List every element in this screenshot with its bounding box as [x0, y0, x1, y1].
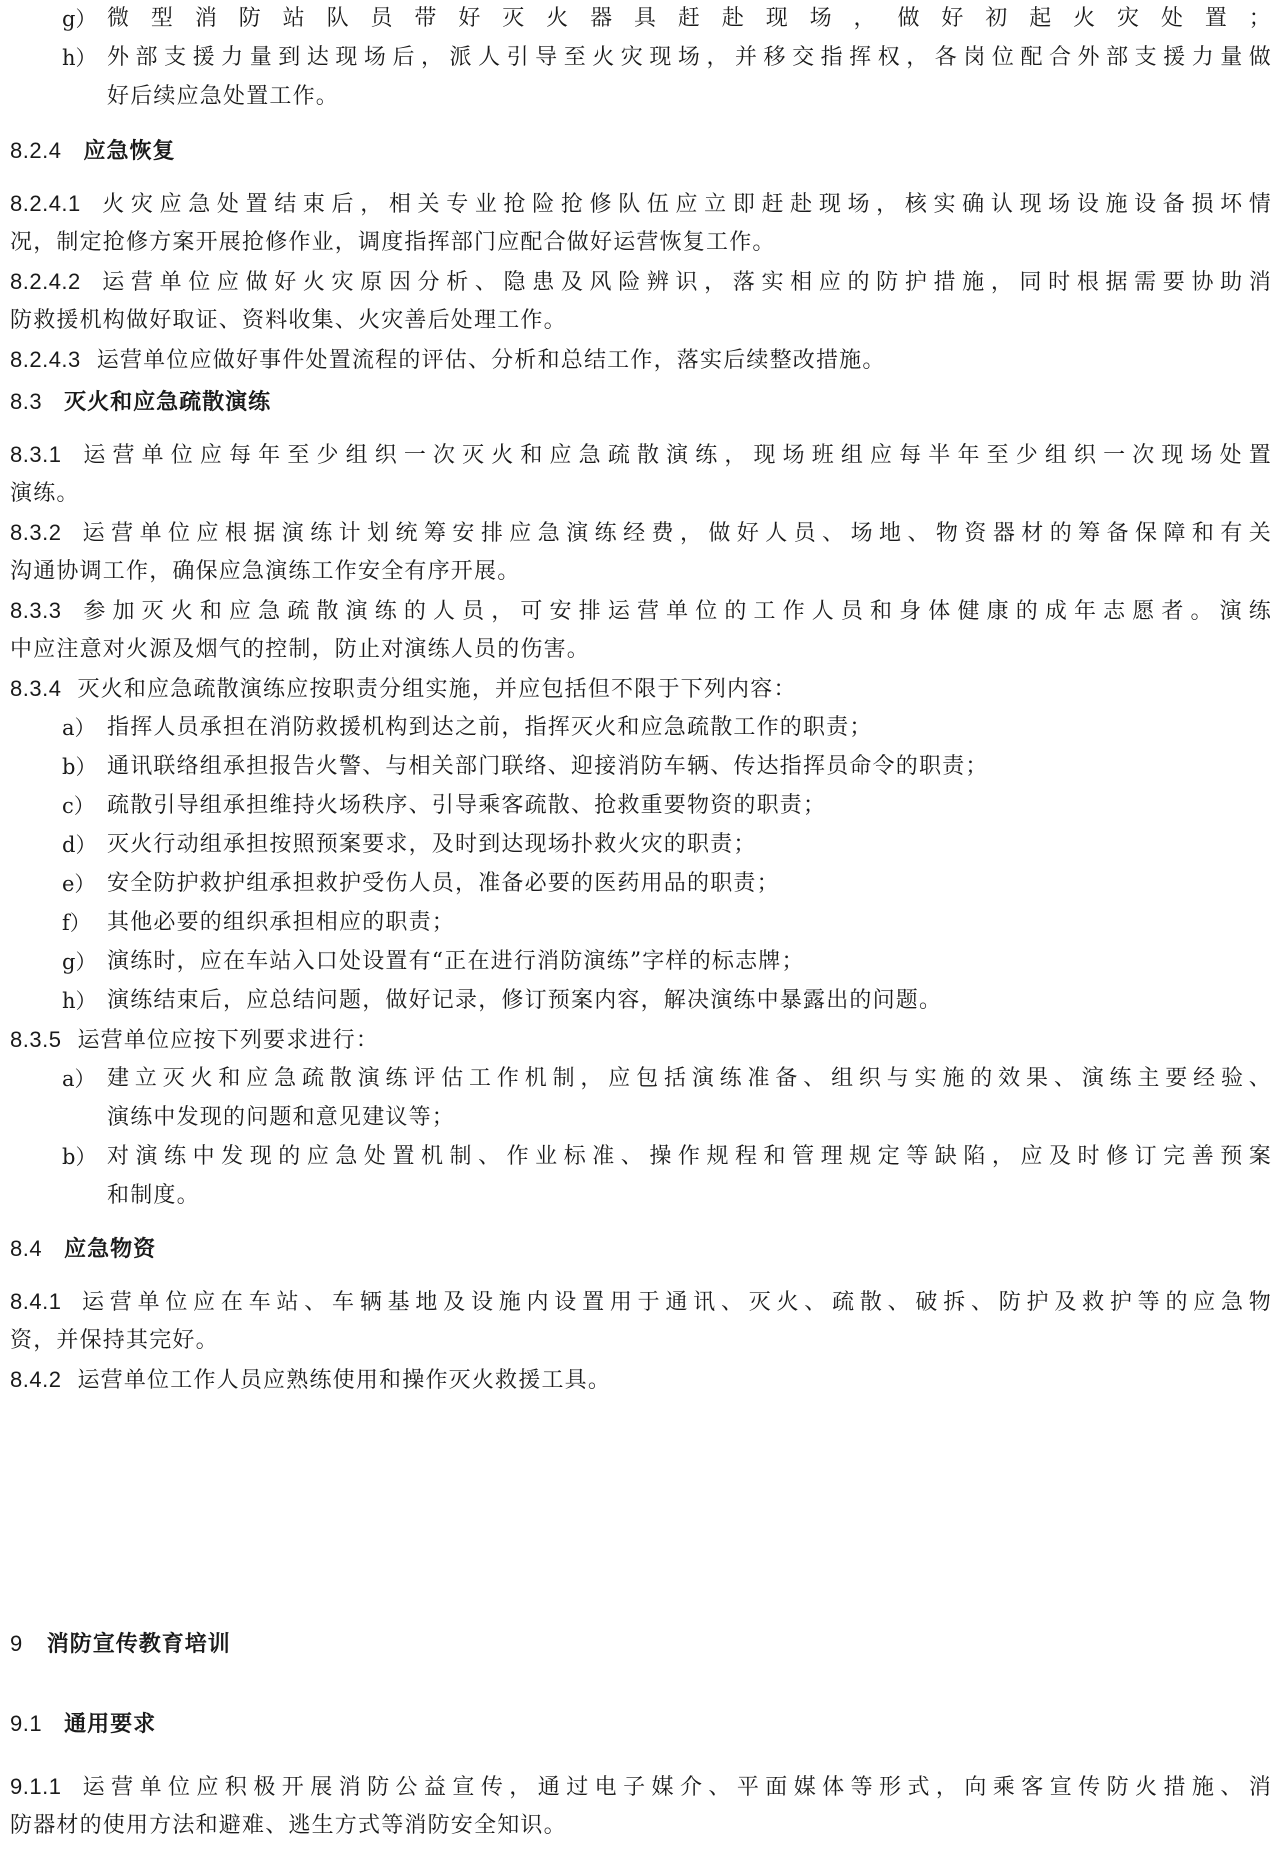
- clause-number: 8.3.3: [10, 597, 61, 625]
- chapter-heading-9: 9消防宣传教育培训: [10, 1630, 1272, 1659]
- section-heading-9-1: 9.1通用要求: [10, 1710, 1272, 1739]
- list-item-text: 外部支援力量到达现场后，派人引导至火灾现场，并移交指挥权，各岗位配合外部支援力量…: [107, 44, 1272, 72]
- clause-number: 8.3.5: [10, 1026, 61, 1054]
- list-item-text: 灭火行动组承担按照预案要求，及时到达现场扑救火灾的职责；: [107, 831, 1272, 859]
- list-item-text: 对演练中发现的应急处置机制、作业标准、操作规程和管理规定等缺陷，应及时修订完善预…: [107, 1143, 1272, 1171]
- clause-number: 8.3.4: [10, 675, 61, 703]
- section-title: 通用要求: [64, 1712, 156, 1737]
- clause-number: 8.2.4.2: [10, 268, 81, 296]
- clause-text-cont: 中应注意对火源及烟气的控制，防止对演练人员的伤害。: [10, 636, 1272, 664]
- list-item-text: 建立灭火和应急疏散演练评估工作机制，应包括演练准备、组织与实施的效果、演练主要经…: [107, 1065, 1272, 1093]
- list-label: b）: [62, 753, 96, 781]
- list-label: h）: [62, 987, 97, 1015]
- clause-text-cont: 防救援机构做好取证、资料收集、火灾善后处理工作。: [10, 307, 1272, 335]
- list-item-text: 指挥人员承担在消防救援机构到达之前，指挥灭火和应急疏散工作的职责；: [107, 714, 1272, 742]
- clause-number: 8.3.2: [10, 519, 61, 547]
- clause-number: 8.2.4.1: [10, 190, 81, 218]
- list-item-text: 安全防护救护组承担救护受伤人员，准备必要的医药用品的职责；: [107, 870, 1272, 898]
- list-label: a）: [62, 1065, 96, 1093]
- clause-8-4-1: 8.4.1运营单位应在车站、车辆基地及设施内设置用于通讯、灭火、疏散、破拆、防护…: [10, 1288, 1272, 1317]
- clause-8-3-2: 8.3.2运营单位应根据演练计划统筹安排应急演练经费，做好人员、场地、物资器材的…: [10, 519, 1272, 548]
- list-label: f）: [62, 909, 91, 937]
- section-heading-8-4: 8.4应急物资: [10, 1235, 1272, 1264]
- list-item-text: 其他必要的组织承担相应的职责；: [107, 909, 1272, 937]
- list-item-text: 通讯联络组承担报告火警、与相关部门联络、迎接消防车辆、传达指挥员命令的职责；: [107, 753, 1272, 781]
- list-item-text-cont: 好后续应急处置工作。: [107, 83, 1272, 111]
- clause-text-cont: 资，并保持其完好。: [10, 1327, 1272, 1355]
- chapter-title: 消防宣传教育培训: [47, 1632, 231, 1657]
- clause-text: 运营单位应根据演练计划统筹安排应急演练经费，做好人员、场地、物资器材的筹备保障和…: [77, 521, 1272, 546]
- clause-8-2-4-2: 8.2.4.2运营单位应做好火灾原因分析、隐患及风险辨识，落实相应的防护措施，同…: [10, 268, 1272, 297]
- list-label: c）: [62, 792, 95, 820]
- list-label: d）: [62, 831, 96, 859]
- section-heading-8-2-4: 8.2.4应急恢复: [10, 137, 1272, 166]
- clause-text: 运营单位应积极开展消防公益宣传，通过电子媒介、平面媒体等形式，向乘客宣传防火措施…: [77, 1775, 1272, 1800]
- list-label: g）: [62, 948, 96, 976]
- clause-text-cont: 演练。: [10, 480, 1272, 508]
- clause-text: 运营单位应按下列要求进行：: [77, 1028, 379, 1053]
- list-item-text-cont: 和制度。: [107, 1182, 1272, 1210]
- clause-8-2-4-1: 8.2.4.1火灾应急处置结束后，相关专业抢险抢修队伍应立即赶赴现场，核实确认现…: [10, 190, 1272, 219]
- list-label: e）: [62, 870, 95, 898]
- section-number: 8.4: [10, 1235, 42, 1263]
- clause-text: 火灾应急处置结束后，相关专业抢险抢修队伍应立即赶赴现场，核实确认现场设施设备损坏…: [97, 192, 1272, 217]
- clause-number: 9.1.1: [10, 1773, 61, 1801]
- clause-number: 8.4.1: [10, 1288, 61, 1316]
- list-item-text: 微型消防站队员带好灭火器具赶赴现场，做好初起火灾处置；: [107, 5, 1272, 33]
- clause-8-3-3: 8.3.3参加灭火和应急疏散演练的人员，可安排运营单位的工作人员和身体健康的成年…: [10, 597, 1272, 626]
- clause-8-3-1: 8.3.1运营单位应每年至少组织一次灭火和应急疏散演练，现场班组应每半年至少组织…: [10, 441, 1272, 470]
- list-label: g）: [62, 5, 96, 33]
- clause-text: 运营单位应做好事件处置流程的评估、分析和总结工作，落实后续整改措施。: [97, 348, 886, 373]
- section-title: 应急恢复: [83, 139, 175, 164]
- list-item-text-cont: 演练中发现的问题和意见建议等；: [107, 1104, 1272, 1132]
- list-label: b）: [62, 1143, 96, 1171]
- list-label: h）: [62, 44, 97, 72]
- clause-8-4-2: 8.4.2运营单位工作人员应熟练使用和操作灭火救援工具。: [10, 1366, 1272, 1395]
- section-title: 灭火和应急疏散演练: [64, 390, 271, 415]
- clause-text: 运营单位工作人员应熟练使用和操作灭火救援工具。: [77, 1368, 611, 1393]
- list-item-text: 疏散引导组承担维持火场秩序、引导乘客疏散、抢救重要物资的职责；: [107, 792, 1272, 820]
- clause-text-cont: 况，制定抢修方案开展抢修作业，调度指挥部门应配合做好运营恢复工作。: [10, 229, 1272, 257]
- section-heading-8-3: 8.3灭火和应急疏散演练: [10, 388, 1272, 417]
- clause-number: 8.3.1: [10, 441, 61, 469]
- clause-9-1-1: 9.1.1运营单位应积极开展消防公益宣传，通过电子媒介、平面媒体等形式，向乘客宣…: [10, 1773, 1272, 1802]
- clause-text: 运营单位应每年至少组织一次灭火和应急疏散演练，现场班组应每半年至少组织一次现场处…: [77, 443, 1272, 468]
- section-number: 8.2.4: [10, 137, 61, 165]
- clause-number: 8.2.4.3: [10, 346, 81, 374]
- section-number: 9.1: [10, 1710, 42, 1738]
- document-page: g） 微型消防站队员带好灭火器具赶赴现场，做好初起火灾处置； h） 外部支援力量…: [0, 0, 1280, 1851]
- clause-text-cont: 沟通协调工作，确保应急演练工作安全有序开展。: [10, 558, 1272, 586]
- clause-text: 参加灭火和应急疏散演练的人员，可安排运营单位的工作人员和身体健康的成年志愿者。演…: [77, 599, 1272, 624]
- clause-text: 运营单位应做好火灾原因分析、隐患及风险辨识，落实相应的防护措施，同时根据需要协助…: [97, 270, 1272, 295]
- clause-text: 灭火和应急疏散演练应按职责分组实施，并应包括但不限于下列内容：: [77, 677, 796, 702]
- clause-8-3-5: 8.3.5运营单位应按下列要求进行：: [10, 1026, 1272, 1055]
- section-title: 应急物资: [64, 1237, 156, 1262]
- section-number: 8.3: [10, 388, 42, 416]
- clause-8-3-4: 8.3.4灭火和应急疏散演练应按职责分组实施，并应包括但不限于下列内容：: [10, 675, 1272, 704]
- chapter-number: 9: [10, 1630, 23, 1658]
- clause-text: 运营单位应在车站、车辆基地及设施内设置用于通讯、灭火、疏散、破拆、防护及救护等的…: [77, 1290, 1272, 1315]
- list-item-text: 演练结束后，应总结问题，做好记录，修订预案内容，解决演练中暴露出的问题。: [107, 987, 1272, 1015]
- clause-text-cont: 防器材的使用方法和避难、逃生方式等消防安全知识。: [10, 1812, 1272, 1840]
- list-label: a）: [62, 714, 96, 742]
- clause-8-2-4-3: 8.2.4.3运营单位应做好事件处置流程的评估、分析和总结工作，落实后续整改措施…: [10, 346, 1272, 375]
- clause-number: 8.4.2: [10, 1366, 61, 1394]
- list-item-text: 演练时，应在车站入口处设置有“正在进行消防演练”字样的标志牌；: [107, 948, 1272, 976]
